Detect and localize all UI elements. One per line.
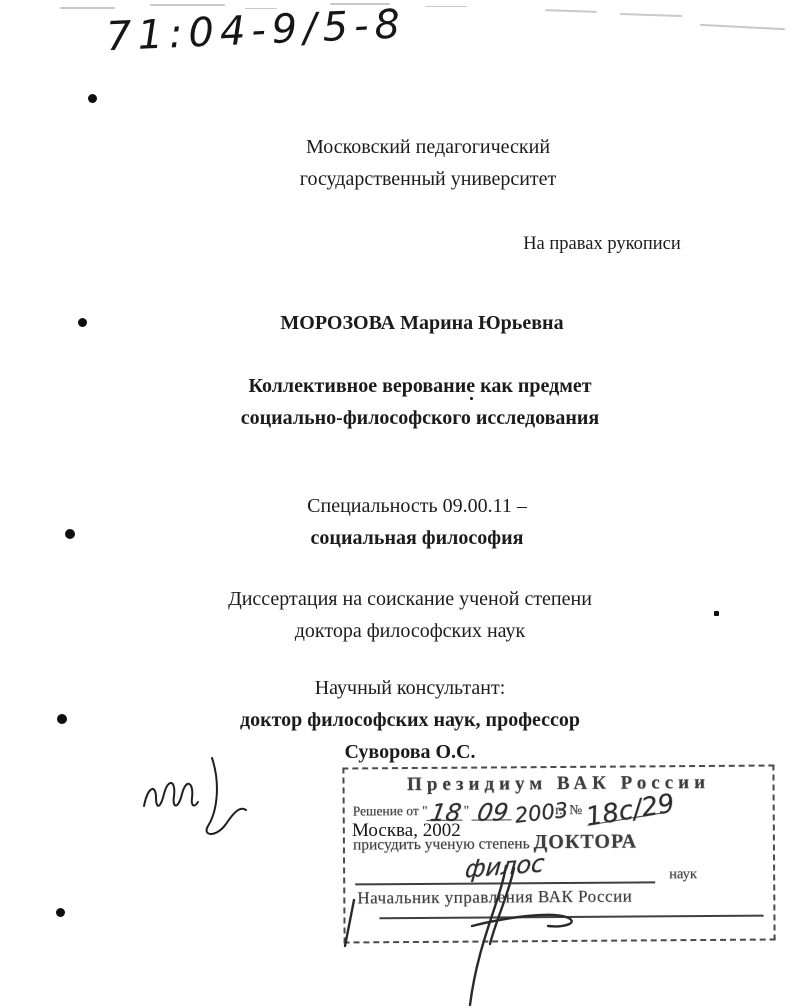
decision-day-handwritten: 18: [426, 806, 465, 821]
margin-dot: [88, 94, 97, 103]
degree-field-underline: филос: [355, 855, 655, 885]
advisor-label: Научный консультант:: [180, 672, 640, 704]
decision-label: Решение от ": [353, 803, 428, 822]
institution-header: Московский педагогический государственны…: [248, 131, 608, 195]
stamp-official-title: Начальник управления ВАК России: [357, 886, 632, 908]
degree-field-suffix: наук: [669, 866, 697, 883]
specialty-block: Специальность 09.00.11 – социальная фило…: [217, 490, 617, 554]
margin-dot: [57, 714, 67, 724]
thesis-line-2: доктора философских наук: [180, 615, 640, 647]
scan-artifact: [620, 13, 682, 17]
handwritten-call-number: 71:04-9/5-8: [105, 0, 487, 60]
stamp-signature-line: [379, 915, 763, 920]
thesis-type-block: Диссертация на соискание ученой степени …: [180, 583, 640, 647]
scan-artifact: [700, 24, 785, 30]
award-degree: ДОКТОРА: [533, 830, 637, 853]
advisor-line-1: доктор философских наук, профессор: [180, 704, 640, 736]
specialty-line-2: социальная философия: [217, 522, 617, 554]
decision-month-handwritten: 09: [472, 805, 515, 820]
ink-speck: [714, 611, 719, 616]
decision-year-handwritten: 2003: [514, 804, 563, 823]
specialty-line-1: Специальность 09.00.11 –: [217, 490, 617, 522]
scan-artifact: [545, 9, 597, 13]
margin-dot: [65, 529, 75, 539]
scan-artifact: [60, 7, 115, 9]
title-line-1: Коллективное верование как предмет: [180, 370, 660, 402]
author-name: МОРОЗОВА Марина Юрьевна: [242, 307, 602, 339]
vak-stamp: Президиум ВАК России Решение от " 18 " 0…: [342, 764, 775, 943]
scan-artifact: [150, 4, 225, 6]
decision-number-handwritten: 18с/29: [585, 798, 664, 826]
degree-field-handwritten: филос: [465, 853, 546, 879]
dissertation-title: Коллективное верование как предмет социа…: [180, 370, 660, 434]
title-line-2: социально-философского исследования: [180, 402, 660, 434]
margin-dot: [78, 318, 87, 327]
advisor-block: Научный консультант: доктор философских …: [180, 672, 640, 768]
scanned-page: 71:04-9/5-8 Московский педагогический го…: [0, 0, 796, 1008]
stamp-decision-line: Решение от " 18 " 09 2003 г., № 18с/29: [353, 801, 665, 821]
thesis-line-1: Диссертация на соискание ученой степени: [180, 583, 640, 615]
institution-line-2: государственный университет: [248, 163, 608, 195]
margin-dot: [56, 908, 65, 917]
advisor-line-2: Суворова О.С.: [180, 736, 640, 768]
stamp-degree-field-line: филос наук: [355, 855, 763, 886]
city-year: Москва, 2002: [352, 820, 461, 842]
stamp-header: Президиум ВАК России: [344, 772, 772, 797]
manuscript-note: На правах рукописи: [482, 228, 722, 260]
institution-line-1: Московский педагогический: [248, 131, 608, 163]
